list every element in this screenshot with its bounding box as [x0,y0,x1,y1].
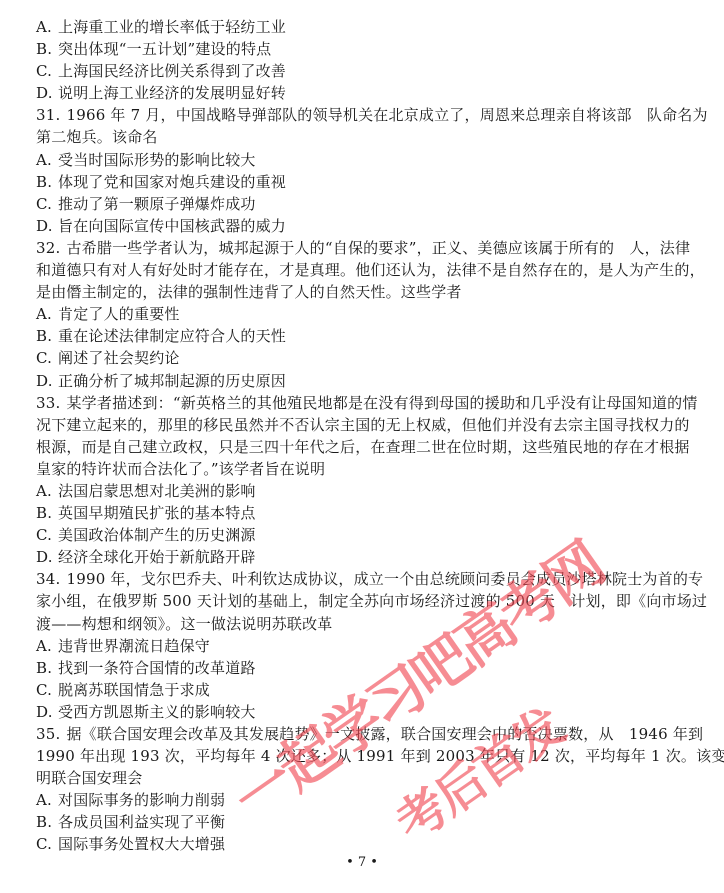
question-stem-line: 32.古希腊一些学者认为，城邦起源于人的“自保的要求”，正义、美德应该属于所有的… [36,237,690,259]
question-stem-line: 35.据《联合国安理会改革及其发展趋势》一文披露，联合国安理会中的否决票数，从 … [36,723,690,745]
option-a: A.肯定了人的重要性 [36,303,690,325]
option-c: C.美国政治体制产生的历史渊源 [36,524,690,546]
question-stem-line: 渡——构想和纲领》。这一做法说明苏联改革 [36,613,690,635]
question-stem-line: 家小组，在俄罗斯 500 天计划的基础上，制定全苏向市场经济过渡的 500 天 … [36,590,690,612]
question-stem-line: 34.1990 年，戈尔巴乔夫、叶利钦达成协议，成立一个由总统顾问委员会成员沙塔… [36,568,690,590]
question-34: 34.1990 年，戈尔巴乔夫、叶利钦达成协议，成立一个由总统顾问委员会成员沙塔… [36,568,690,723]
option-b: B.突出体现“一五计划”建设的特点 [36,38,690,60]
option-a: A.法国启蒙思想对北美洲的影响 [36,480,690,502]
option-b: B.各成员国利益实现了平衡 [36,811,690,833]
option-c: C.脱离苏联国情急于求成 [36,679,690,701]
question-number: 35. [36,723,60,745]
option-b: B.英国早期殖民扩张的基本特点 [36,502,690,524]
question-stem-line: 1990 年出现 193 次，平均每年 4 次还多；从 1991 年到 2003… [36,745,690,767]
option-b: B.重在论述法律制定应符合人的天性 [36,325,690,347]
exam-page: A.上海重工业的增长率低于轻纺工业 B.突出体现“一五计划”建设的特点 C.上海… [36,16,690,856]
question-stem-line: 根源，而是自己建立政权，只是三四十年代之后，在查理二世在位时期，这些殖民地的存在… [36,436,690,458]
option-d: D.旨在向国际宣传中国核武器的威力 [36,215,690,237]
option-d: D.经济全球化开始于新航路开辟 [36,546,690,568]
option-b: B.体现了党和国家对炮兵建设的重视 [36,171,690,193]
question-31: 31.1966 年 7 月，中国战略导弹部队的领导机关在北京成立了，周恩来总理亲… [36,104,690,237]
question-stem-line: 和道德只有对人有好处时才能存在，才是真理。他们还认为，法律不是自然存在的，是人为… [36,259,690,281]
question-33: 33.某学者描述到：“新英格兰的其他殖民地都是在没有得到母国的援助和几乎没有让母… [36,392,690,569]
prev-question-options: A.上海重工业的增长率低于轻纺工业 B.突出体现“一五计划”建设的特点 C.上海… [36,16,690,104]
option-c: C.上海国民经济比例关系得到了改善 [36,60,690,82]
option-a: A.违背世界潮流日趋保守 [36,635,690,657]
question-number: 32. [36,237,60,259]
option-d: D.说明上海工业经济的发展明显好转 [36,82,690,104]
question-stem-line: 况下建立起来的，那里的移民虽然并不否认宗主国的无上权威，但他们并没有去宗主国寻找… [36,414,690,436]
question-35: 35.据《联合国安理会改革及其发展趋势》一文披露，联合国安理会中的否决票数，从 … [36,723,690,856]
option-c: C.国际事务处置权大大增强 [36,833,690,855]
question-number: 31. [36,104,60,126]
question-stem-line: 第二炮兵。该命名 [36,126,690,148]
question-32: 32.古希腊一些学者认为，城邦起源于人的“自保的要求”，正义、美德应该属于所有的… [36,237,690,392]
option-d: D.受西方凯恩斯主义的影响较大 [36,701,690,723]
question-number: 34. [36,568,60,590]
question-number: 33. [36,392,60,414]
option-d: D.正确分析了城邦制起源的历史原因 [36,370,690,392]
page-number: • 7 • [0,855,724,870]
option-a: A.对国际事务的影响力削弱 [36,789,690,811]
question-stem-line: 是由僭主制定的，法律的强制性违背了人的自然天性。这些学者 [36,281,690,303]
option-c: C.阐述了社会契约论 [36,347,690,369]
option-c: C.推动了第一颗原子弹爆炸成功 [36,193,690,215]
question-stem-line: 皇家的特许状而合法化了。”该学者旨在说明 [36,458,690,480]
question-stem-line: 明联合国安理会 [36,767,690,789]
question-stem-line: 33.某学者描述到：“新英格兰的其他殖民地都是在没有得到母国的援助和几乎没有让母… [36,392,690,414]
option-b: B.找到一条符合国情的改革道路 [36,657,690,679]
question-stem-line: 31.1966 年 7 月，中国战略导弹部队的领导机关在北京成立了，周恩来总理亲… [36,104,690,126]
option-a: A.受当时国际形势的影响比较大 [36,149,690,171]
option-a: A.上海重工业的增长率低于轻纺工业 [36,16,690,38]
